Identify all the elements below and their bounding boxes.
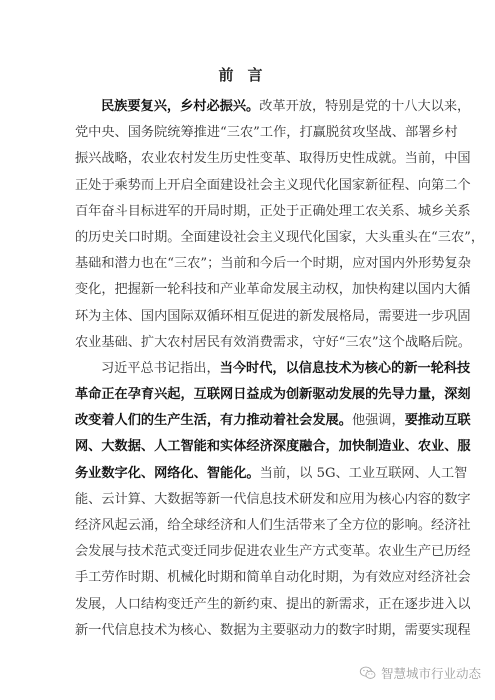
- text-line: 党中央、国务院统筹推进“三农”工作，打赢脱贫攻坚战、部署乡村: [75, 120, 421, 146]
- text-segment: 环为主体、国内国际双循环相互促进的新发展格局，需要进一步巩固: [75, 309, 471, 324]
- text-segment: 会发展与技术范式变迁同步促进农业生产方式变革。农业生产已历经: [75, 544, 471, 559]
- text-segment: 当前，以 5G、工业互联网、人工智: [260, 466, 468, 481]
- text-segment: 百年奋斗目标进军的开局时期，正处于正确处理工农关系、城乡关系: [75, 204, 471, 219]
- watermark: 智慧城市行业动态: [359, 664, 481, 682]
- text-line: 百年奋斗目标进军的开局时期，正处于正确处理工农关系、城乡关系: [75, 199, 421, 225]
- bold-text-segment: 改变着人们的生产生活，有力推动着社会发展。: [75, 413, 352, 428]
- text-line: 会发展与技术范式变迁同步促进农业生产方式变革。农业生产已历经: [75, 539, 421, 565]
- bold-text-segment: 革命正在孕育兴起，互联网日益成为创新驱动发展的先导力量，深刻: [75, 387, 471, 402]
- text-line: 经济风起云涌，给全球经济和人们生活带来了全方位的影响。经济社: [75, 513, 421, 539]
- text-segment: 手工劳作时期、机械化时期和简单自动化时期，为有效应对经济社会: [75, 570, 471, 585]
- text-segment: 变化，把握新一轮科技和产业革命发展主动权，加快构建以国内大循: [75, 282, 471, 297]
- text-line: 新一代信息技术为核心、数据为主要驱动力的数字时期，需要实现程: [75, 618, 421, 644]
- text-line: 网、大数据、人工智能和实体经济深度融合，加快制造业、农业、服: [75, 434, 421, 460]
- text-line: 正处于乘势而上开启全面建设社会主义现代化国家新征程、向第二个: [75, 173, 421, 199]
- text-segment: 的历史关口时期。全面建设社会主义现代化国家，大头重头在“三农”，: [75, 230, 484, 245]
- text-segment: 改革开放，特别是党的十八大以来，: [259, 99, 470, 114]
- watermark-text: 智慧城市行业动态: [381, 664, 481, 682]
- bold-text-segment: 务业数字化、网络化、智能化。: [75, 466, 260, 481]
- text-segment: 新一代信息技术为核心、数据为主要驱动力的数字时期，需要实现程: [75, 623, 471, 638]
- text-line: 手工劳作时期、机械化时期和简单自动化时期，为有效应对经济社会: [75, 565, 421, 591]
- bold-text-segment: 民族要复兴，乡村必振兴。: [101, 99, 259, 114]
- text-segment: 正处于乘势而上开启全面建设社会主义现代化国家新征程、向第二个: [75, 178, 471, 193]
- text-line: 务业数字化、网络化、智能化。当前，以 5G、工业互联网、人工智: [75, 461, 421, 487]
- text-line: 振兴战略，农业农村发生历史性变革、取得历史性成就。当前，中国: [75, 146, 421, 172]
- text-segment: 经济风起云涌，给全球经济和人们生活带来了全方位的影响。经济社: [75, 518, 471, 533]
- text-line: 革命正在孕育兴起，互联网日益成为创新驱动发展的先导力量，深刻: [75, 382, 421, 408]
- text-segment: 基础和潜力也在“三农”；当前和今后一个时期，应对国内外形势复杂: [75, 256, 471, 271]
- text-segment: 他强调，: [352, 413, 405, 428]
- bold-text-segment: 网、大数据、人工智能和实体经济深度融合，加快制造业、农业、服: [75, 439, 471, 454]
- text-line: 习近平总书记指出，当今时代，以信息技术为核心的新一轮科技: [75, 356, 421, 382]
- text-segment: 党中央、国务院统筹推进“三农”工作，打赢脱贫攻坚战、部署乡村: [75, 125, 458, 140]
- document-page: 前言 民族要复兴，乡村必振兴。改革开放，特别是党的十八大以来，党中央、国务院统筹…: [0, 0, 495, 700]
- text-segment: 发展，人口结构变迁产生的新约束、提出的新需求，正在逐步进入以: [75, 597, 471, 612]
- text-line: 能、云计算、大数据等新一代信息技术研发和应用为核心内容的数字: [75, 487, 421, 513]
- text-line: 的历史关口时期。全面建设社会主义现代化国家，大头重头在“三农”，: [75, 225, 421, 251]
- text-line: 农业基础、扩大农村居民有效消费需求，守好“三农”这个战略后院。: [75, 330, 421, 356]
- text-line: 基础和潜力也在“三农”；当前和今后一个时期，应对国内外形势复杂: [75, 251, 421, 277]
- text-line: 改变着人们的生产生活，有力推动着社会发展。他强调，要推动互联: [75, 408, 421, 434]
- text-line: 环为主体、国内国际双循环相互促进的新发展格局，需要进一步巩固: [75, 304, 421, 330]
- body-text: 民族要复兴，乡村必振兴。改革开放，特别是党的十八大以来，党中央、国务院统筹推进“…: [75, 94, 421, 644]
- text-line: 民族要复兴，乡村必振兴。改革开放，特别是党的十八大以来，: [75, 94, 421, 120]
- bold-text-segment: 要推动互联: [405, 413, 471, 428]
- text-segment: 振兴战略，农业农村发生历史性变革、取得历史性成就。当前，中国: [75, 151, 471, 166]
- text-segment: 农业基础、扩大农村居民有效消费需求，守好“三农”这个战略后院。: [75, 335, 471, 350]
- text-segment: 能、云计算、大数据等新一代信息技术研发和应用为核心内容的数字: [75, 492, 471, 507]
- wechat-icon: [359, 666, 377, 680]
- text-segment: 习近平总书记指出，: [101, 361, 220, 376]
- text-line: 变化，把握新一轮科技和产业革命发展主动权，加快构建以国内大循: [75, 277, 421, 303]
- page-title: 前言: [0, 64, 495, 85]
- bold-text-segment: 当今时代，以信息技术为核心的新一轮科技: [220, 361, 471, 376]
- text-line: 发展，人口结构变迁产生的新约束、提出的新需求，正在逐步进入以: [75, 592, 421, 618]
